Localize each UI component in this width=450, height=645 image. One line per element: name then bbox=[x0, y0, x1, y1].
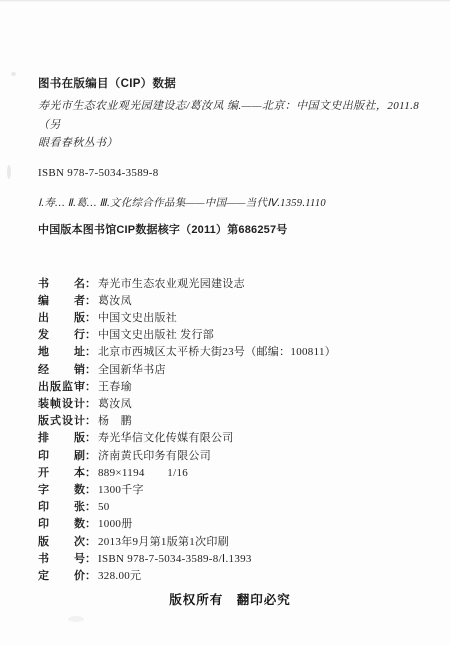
colophon-row-print-run: 印数：1000册 bbox=[38, 516, 422, 533]
field-value: 中国文史出版社 bbox=[98, 312, 177, 324]
cip-classification-line: Ⅰ.寿… Ⅱ.葛… Ⅲ.文化综合作品集——中国——当代Ⅳ.1359.1110 bbox=[38, 197, 422, 211]
field-colon: ： bbox=[85, 551, 95, 568]
field-colon: ： bbox=[85, 499, 95, 516]
field-label: 编者 bbox=[38, 293, 85, 310]
field-colon: ： bbox=[85, 344, 95, 361]
copyright-notice: 版权所有 翻印必究 bbox=[38, 590, 422, 608]
field-colon: ： bbox=[85, 327, 95, 344]
colophon-row-sheets: 印张：50 bbox=[38, 499, 422, 516]
book-copyright-page: 图书在版编目（CIP）数据 寿光市生态农业观光园建设志/葛汝凤 编.——北京：中… bbox=[0, 0, 450, 645]
field-label: 印刷 bbox=[38, 448, 85, 465]
colophon-row-edition: 版次：2013年9月第1版第1次印刷 bbox=[38, 534, 422, 551]
colophon-row-word-count: 字数：1300千字 bbox=[38, 482, 422, 499]
field-colon: ： bbox=[85, 396, 95, 413]
field-colon: ： bbox=[85, 362, 95, 379]
field-colon: ： bbox=[85, 482, 95, 499]
field-colon: ： bbox=[85, 534, 95, 551]
colophon-row-editor: 编者：葛汝凤 bbox=[38, 293, 422, 310]
scan-smudge-artifact bbox=[11, 72, 16, 76]
colophon-row-address: 地址：北京市西城区太平桥大街23号（邮编：100811） bbox=[38, 344, 422, 361]
field-value: 杨 鹏 bbox=[98, 415, 132, 427]
field-value: 葛汝凤 bbox=[98, 295, 132, 307]
colophon-row-price: 定价：328.00元 bbox=[38, 568, 422, 585]
field-value: 葛汝凤 bbox=[98, 398, 132, 410]
colophon-row-publisher: 出版：中国文史出版社 bbox=[38, 310, 422, 327]
field-value: 50 bbox=[98, 501, 110, 513]
field-label: 书号 bbox=[38, 551, 85, 568]
field-value: 328.00元 bbox=[98, 570, 141, 582]
field-label: 版次 bbox=[38, 534, 85, 551]
cip-description-line1: 寿光市生态农业观光园建设志/葛汝凤 编.——北京：中国文史出版社，2011.8（… bbox=[38, 97, 422, 134]
isbn-line: ISBN 978-7-5034-3589-8 bbox=[38, 166, 422, 181]
field-label: 排版 bbox=[38, 430, 85, 447]
field-colon: ： bbox=[85, 568, 95, 585]
field-value: 中国文史出版社 发行部 bbox=[98, 329, 214, 341]
colophon-row-format: 开本：889×1194 1/16 bbox=[38, 465, 422, 482]
field-label: 版式设计 bbox=[38, 413, 85, 430]
field-value: ISBN 978-7-5034-3589-8/Ⅰ.1393 bbox=[98, 553, 252, 565]
field-value: 1000册 bbox=[98, 518, 133, 530]
field-value: 北京市西城区太平桥大街23号（邮编：100811） bbox=[98, 346, 336, 358]
page-content: 图书在版编目（CIP）数据 寿光市生态农业观光园建设志/葛汝凤 编.——北京：中… bbox=[0, 0, 450, 608]
field-colon: ： bbox=[85, 379, 95, 396]
colophon-row-retail: 经销：全国新华书店 bbox=[38, 362, 422, 379]
field-colon: ： bbox=[85, 293, 95, 310]
cip-description-line2: 眼看春秋丛书） bbox=[38, 134, 422, 153]
field-label: 印张 bbox=[38, 499, 85, 516]
field-colon: ： bbox=[85, 413, 95, 430]
field-label: 印数 bbox=[38, 516, 85, 533]
field-value: 寿光华信文化传媒有限公司 bbox=[98, 432, 234, 444]
field-label: 书名 bbox=[38, 276, 85, 293]
field-colon: ： bbox=[85, 430, 95, 447]
colophon-row-layout-design: 版式设计：杨 鹏 bbox=[38, 413, 422, 430]
field-colon: ： bbox=[85, 465, 95, 482]
field-label: 出版 bbox=[38, 310, 85, 327]
cip-record-number: 中国版本图书馆CIP数据核字（2011）第686257号 bbox=[38, 223, 422, 238]
colophon-row-title: 书名：寿光市生态农业观光园建设志 bbox=[38, 276, 422, 293]
field-value: 1300千字 bbox=[98, 484, 144, 496]
field-value: 889×1194 1/16 bbox=[98, 467, 188, 479]
field-label: 出版监审 bbox=[38, 379, 85, 396]
field-label: 定价 bbox=[38, 568, 85, 585]
field-colon: ： bbox=[85, 516, 95, 533]
colophon-row-binding-design: 装帧设计：葛汝凤 bbox=[38, 396, 422, 413]
field-value: 王春瑜 bbox=[98, 381, 132, 393]
field-label: 发行 bbox=[38, 327, 85, 344]
field-colon: ： bbox=[85, 448, 95, 465]
colophon-row-distributor: 发行：中国文史出版社 发行部 bbox=[38, 327, 422, 344]
field-value: 寿光市生态农业观光园建设志 bbox=[98, 278, 245, 290]
colophon-row-book-number: 书号：ISBN 978-7-5034-3589-8/Ⅰ.1393 bbox=[38, 551, 422, 568]
scan-smudge-artifact bbox=[7, 165, 11, 179]
field-value: 全国新华书店 bbox=[98, 364, 166, 376]
field-value: 济南黄氏印务有限公司 bbox=[98, 450, 211, 462]
field-value: 2013年9月第1版第1次印刷 bbox=[98, 536, 229, 548]
colophon-row-printing: 印刷：济南黄氏印务有限公司 bbox=[38, 448, 422, 465]
cip-description: 寿光市生态农业观光园建设志/葛汝凤 编.——北京：中国文史出版社，2011.8（… bbox=[38, 97, 422, 153]
colophon-row-supervisor: 出版监审：王春瑜 bbox=[38, 379, 422, 396]
cip-data-block: 图书在版编目（CIP）数据 寿光市生态农业观光园建设志/葛汝凤 编.——北京：中… bbox=[38, 76, 422, 238]
scan-edge-artifact bbox=[0, 0, 450, 2]
cip-title: 图书在版编目（CIP）数据 bbox=[38, 76, 422, 92]
field-colon: ： bbox=[85, 276, 95, 293]
field-label: 地址 bbox=[38, 344, 85, 361]
field-label: 开本 bbox=[38, 465, 85, 482]
field-colon: ： bbox=[85, 310, 95, 327]
field-label: 经销 bbox=[38, 362, 85, 379]
field-label: 字数 bbox=[38, 482, 85, 499]
colophon-list: 书名：寿光市生态农业观光园建设志 编者：葛汝凤 出版：中国文史出版社 发行：中国… bbox=[38, 276, 422, 586]
scan-smudge-artifact bbox=[68, 616, 84, 622]
colophon-row-typesetting: 排版：寿光华信文化传媒有限公司 bbox=[38, 430, 422, 447]
field-label: 装帧设计 bbox=[38, 396, 85, 413]
